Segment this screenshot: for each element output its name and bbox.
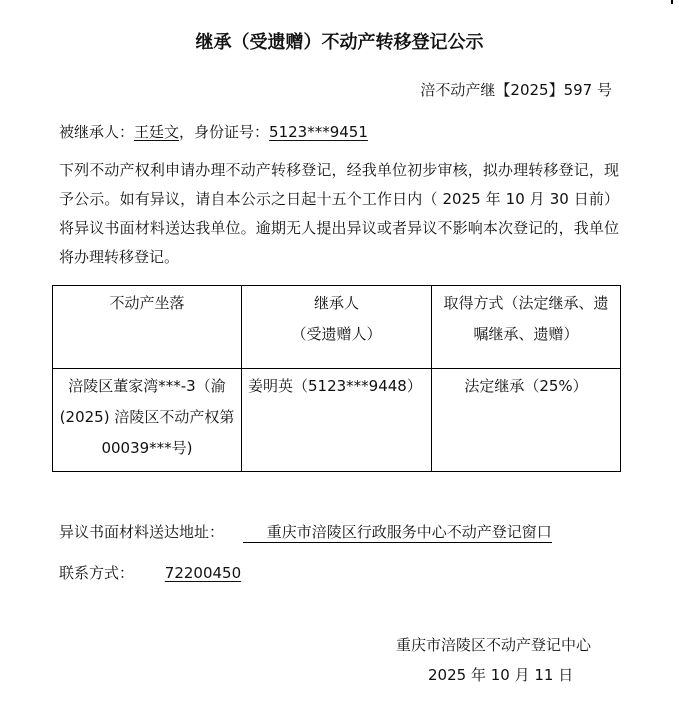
cell-location: 涪陵区董家湾***-3（渝(2025) 涪陵区不动产权第 00039***号) bbox=[53, 369, 242, 472]
header-location: 不动产坐落 bbox=[53, 286, 242, 369]
table-row: 涪陵区董家湾***-3（渝(2025) 涪陵区不动产权第 00039***号) … bbox=[53, 369, 621, 472]
header-heir-text: 继承人 （受遗赠人） bbox=[291, 294, 381, 343]
contact-label: 联系方式： bbox=[59, 564, 134, 582]
header-heir: 继承人 （受遗赠人） bbox=[242, 286, 432, 369]
header-method: 取得方式（法定继承、遗嘱继承、遗赠） bbox=[432, 286, 621, 369]
cell-method: 法定继承（25%） bbox=[432, 369, 621, 472]
decedent-line: 被继承人：王廷文，身份证号：5123***9451 bbox=[59, 121, 368, 142]
cell-heir: 姜明英（5123***9448） bbox=[242, 369, 432, 472]
property-table: 不动产坐落 继承人 （受遗赠人） 取得方式（法定继承、遗嘱继承、遗赠） 涪陵区董… bbox=[52, 285, 621, 472]
objection-address-label: 异议书面材料送达地址： bbox=[59, 523, 224, 541]
objection-address-value: 重庆市涪陵区行政服务中心不动产登记窗口 bbox=[243, 522, 552, 543]
id-label: ，身份证号： bbox=[179, 123, 269, 141]
decedent-label: 被继承人： bbox=[59, 123, 134, 141]
notice-body: 下列不动产权利申请办理不动产转移登记，经我单位初步审核，拟办理转移登记，现予公示… bbox=[59, 156, 619, 272]
page-title: 继承（受遗赠）不动产转移登记公示 bbox=[0, 28, 679, 54]
issue-date: 2025 年 10 月 11 日 bbox=[428, 664, 573, 685]
corner-mark bbox=[671, 0, 673, 4]
issuer: 重庆市涪陵区不动产登记中心 bbox=[396, 634, 591, 655]
decedent-name: 王廷文 bbox=[134, 123, 179, 141]
contact-line: 联系方式： 72200450 bbox=[59, 562, 241, 583]
contact-value: 72200450 bbox=[165, 564, 241, 582]
document-number: 涪不动产继【2025】597 号 bbox=[420, 79, 612, 100]
objection-address-line: 异议书面材料送达地址： 重庆市涪陵区行政服务中心不动产登记窗口 bbox=[59, 521, 552, 543]
decedent-id-number: 5123***9451 bbox=[269, 123, 368, 141]
table-header-row: 不动产坐落 继承人 （受遗赠人） 取得方式（法定继承、遗嘱继承、遗赠） bbox=[53, 286, 621, 369]
